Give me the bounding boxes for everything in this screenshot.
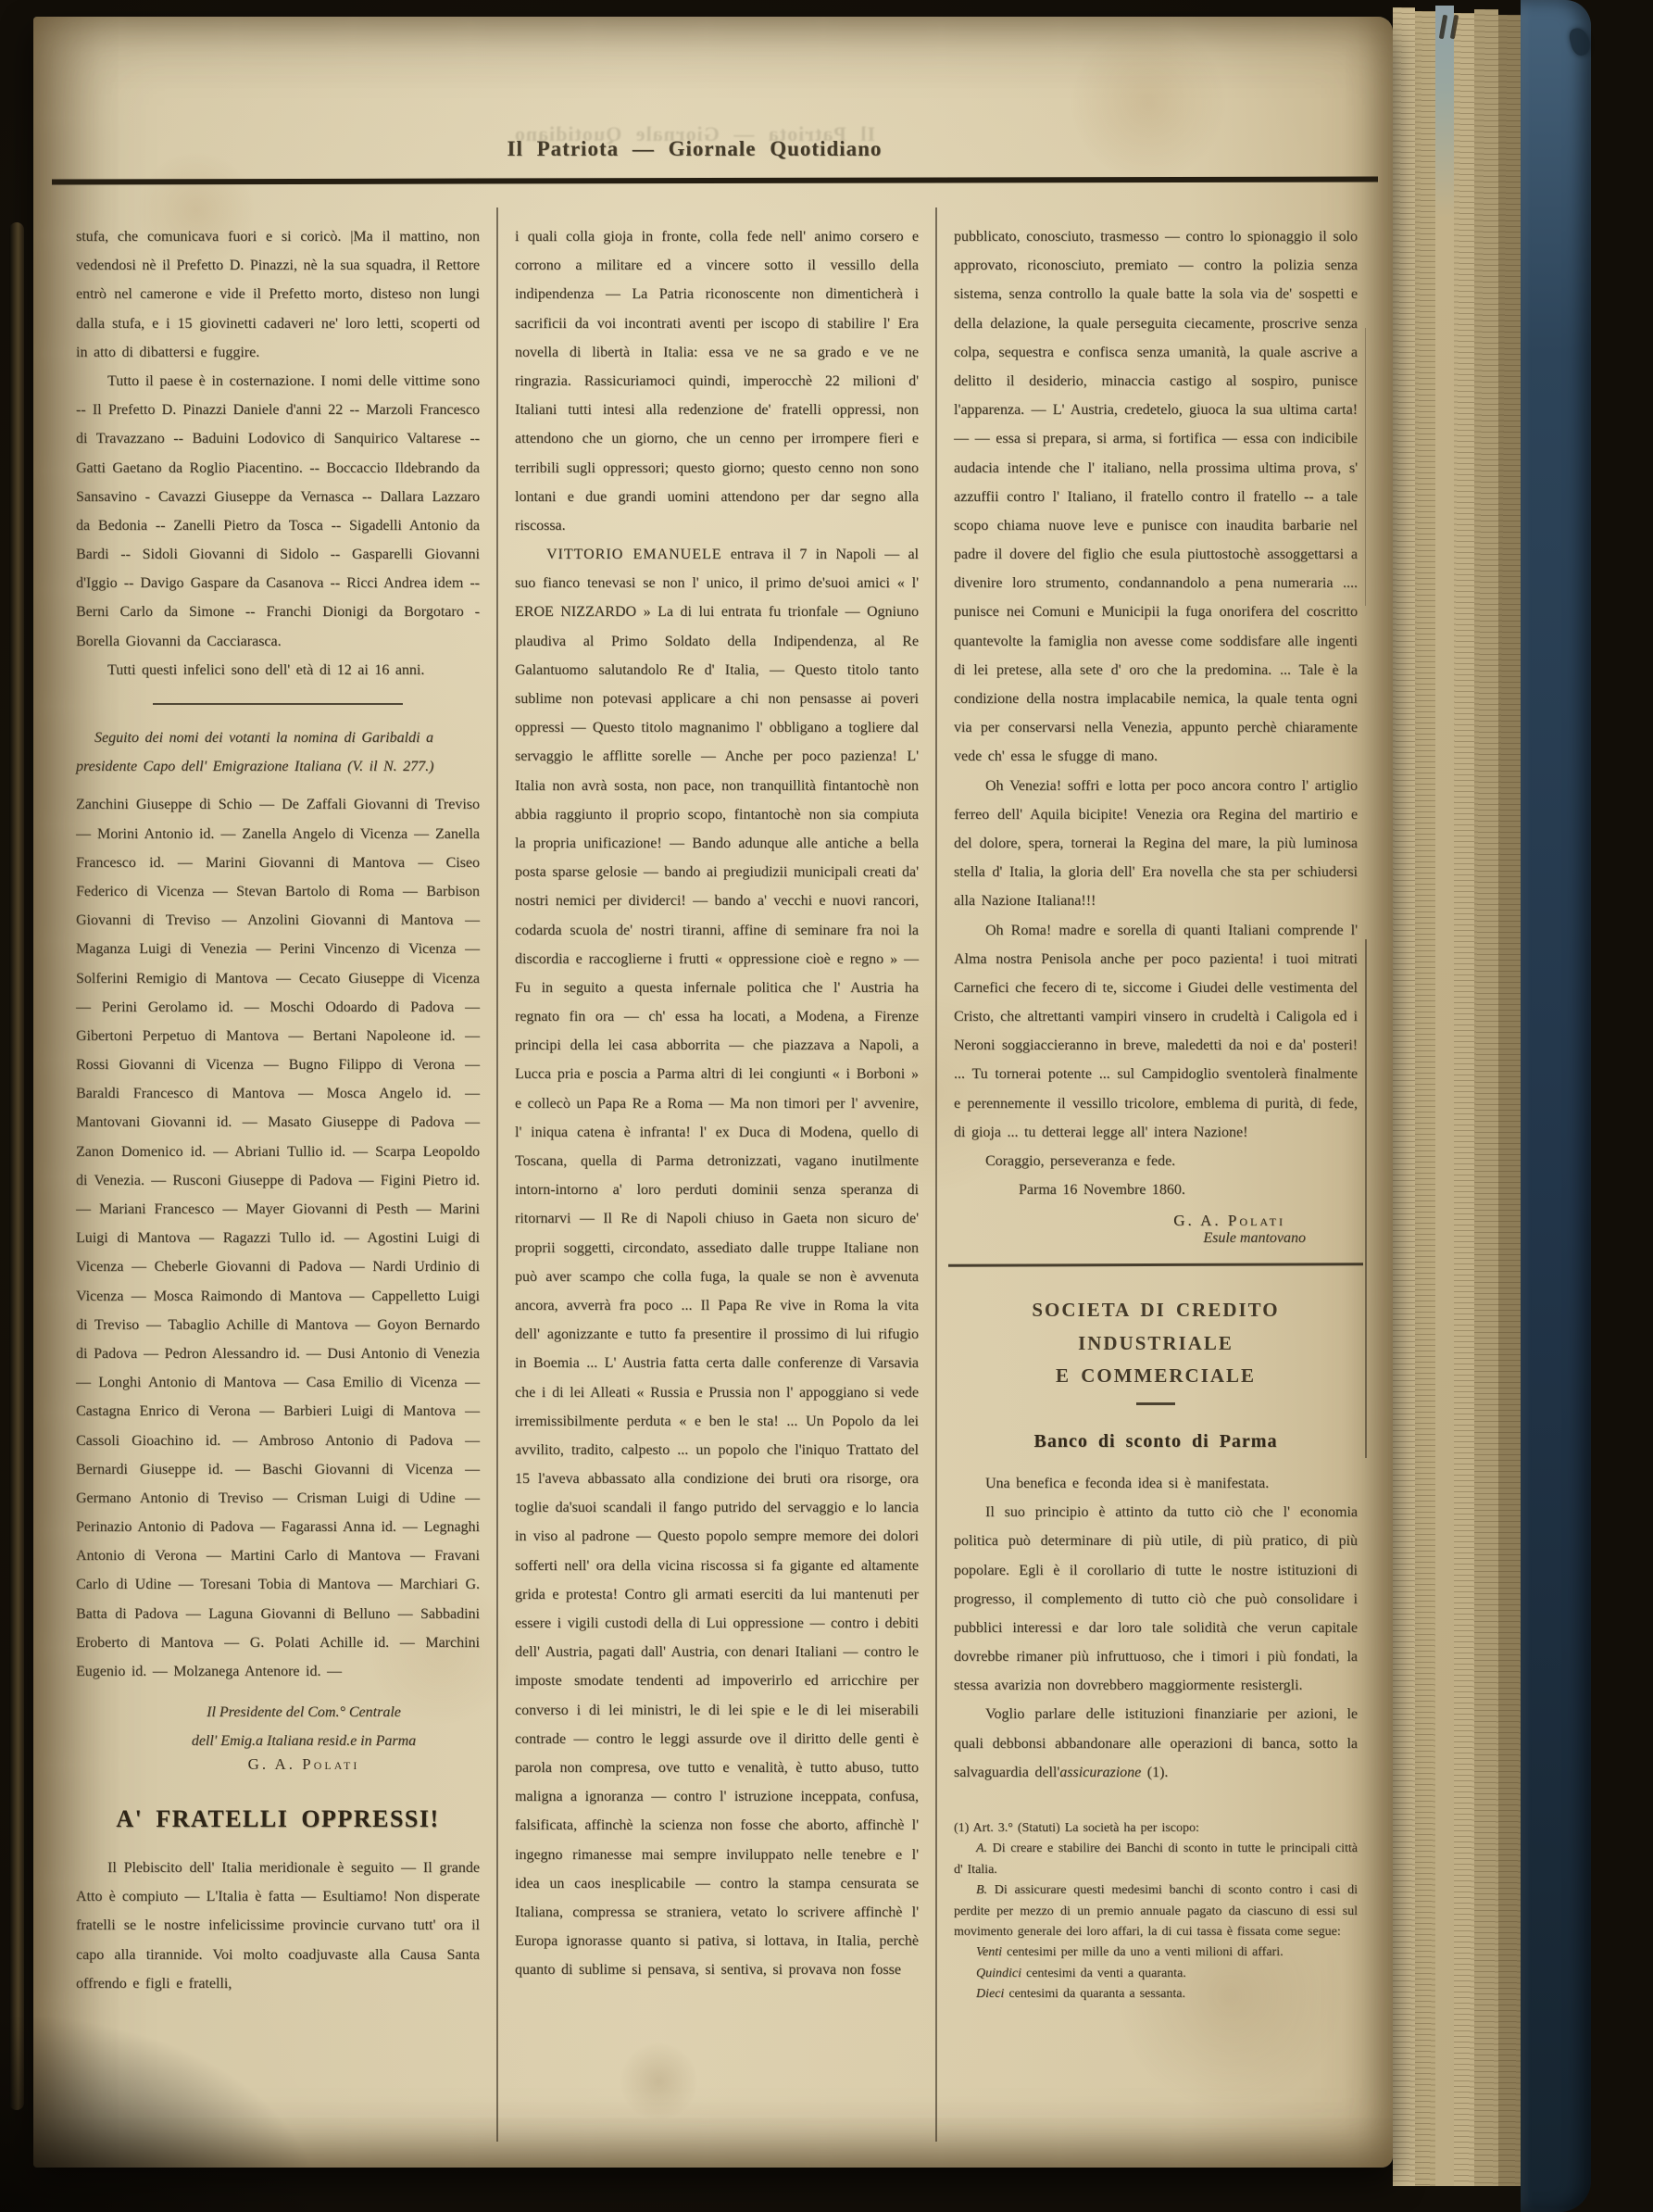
article-paragraph: Voglio parlare delle istituzioni finanzi… [954,1700,1358,1787]
masthead-title: Il Patriota — Giornale Quotidiano [33,137,1356,161]
section-rule [153,703,403,705]
italic-term: assicurazione [1059,1765,1141,1780]
footnote-line: Venti centesimi per mille da uno a venti… [954,1942,1358,1963]
article-paragraph: Tutti questi infelici sono dell' età di … [76,656,480,685]
article-paragraph: i quali colla gioja in fronte, colla fed… [515,222,919,540]
section-heading-italic: Seguito dei nomi dei votanti la nomina d… [76,723,480,781]
book-page-edge [1393,7,1415,2186]
book-page-edge [1454,13,1474,2186]
article-paragraph: VITTORIO EMANUELE entrava il 7 in Napoli… [515,540,919,1984]
book-page-edge [1498,15,1521,2186]
dateline: Parma 16 Novembre 1860. [954,1175,1358,1204]
lead-small-caps: VITTORIO EMANUELE [546,547,722,562]
page-fold-line [1365,939,1367,1458]
article-paragraph: Il suo principio è attinto da tutto ciò … [954,1498,1358,1700]
footnote-line: A. Di creare e stabilire dei Banchi di s… [954,1839,1358,1880]
article-columns: stufa, che comunicava fuori e si coricò.… [59,207,1374,2142]
book-page-edge [1435,6,1454,2186]
newspaper-page: Il Patriota — Giornale Quotidiano Il Pat… [33,17,1393,2168]
corner-shadow [0,2017,315,2212]
voters-list: Zanchini Giuseppe di Schio — De Zaffali … [76,790,480,1686]
article-headline: A' FRATELLI OPPRESSI! [76,1805,480,1833]
section-heading: SOCIETA DI CREDITO INDUSTRIALE [954,1294,1358,1360]
edge-ink-mark [1441,15,1463,44]
article-paragraph: Coraggio, perseveranza e fede. [954,1147,1358,1175]
sub-headline: Banco di sconto di Parma [954,1431,1358,1452]
section-rule [948,1263,1363,1267]
column-2: i quali colla gioja in fronte, colla fed… [496,207,935,2142]
masthead-rule [52,177,1378,185]
signature-name: G. A. Polati [128,1755,480,1774]
article-paragraph: Il Plebiscito dell' Italia meridionale è… [76,1854,480,1998]
signature-line: Il Presidente del Com.° Centrale [128,1699,480,1727]
footnote-line: (1) Art. 3.° (Statuti) La società ha per… [954,1818,1358,1839]
book-page-edge [1415,11,1435,2186]
footnote-line: Quindici centesimi da venti a quaranta. [954,1964,1358,1984]
column-3: pubblicato, conosciuto, trasmesso — cont… [935,207,1374,2142]
article-paragraph: Una benefica e feconda idea si è manifes… [954,1469,1358,1498]
heading-dash [1136,1402,1175,1405]
signature-block: Il Presidente del Com.° Centrale dell' E… [76,1699,480,1774]
facing-page-edge [9,222,24,2110]
book-cover [1521,0,1591,2212]
column-1: stufa, che comunicava fuori e si coricò.… [59,207,496,2142]
footnote-line: Dieci centesimi da quaranta a sessanta. [954,1984,1358,2005]
signature-name: G. A. Polati [954,1212,1358,1230]
signature-title: Esule mantovano [954,1230,1358,1247]
footnote-line: B. Di assicurare questi medesimi banchi … [954,1880,1358,1942]
article-paragraph: stufa, che comunicava fuori e si coricò.… [76,222,480,367]
signature-line: dell' Emig.a Italiana resid.e in Parma [128,1728,480,1755]
article-paragraph: Oh Roma! madre e sorella di quanti Itali… [954,916,1358,1148]
book-scan-photo: Il Patriota — Giornale Quotidiano Il Pat… [0,0,1653,2212]
page-fold-line [1365,328,1367,606]
book-page-edge [1474,9,1498,2186]
article-paragraph: Tutto il paese è in costernazione. I nom… [76,367,480,656]
article-paragraph: pubblicato, conosciuto, trasmesso — cont… [954,222,1358,772]
article-paragraph: Oh Venezia! soffri e lotta per poco anco… [954,772,1358,916]
footnote-block: (1) Art. 3.° (Statuti) La società ha per… [954,1818,1358,2005]
section-heading: E COMMERCIALE [954,1360,1358,1393]
